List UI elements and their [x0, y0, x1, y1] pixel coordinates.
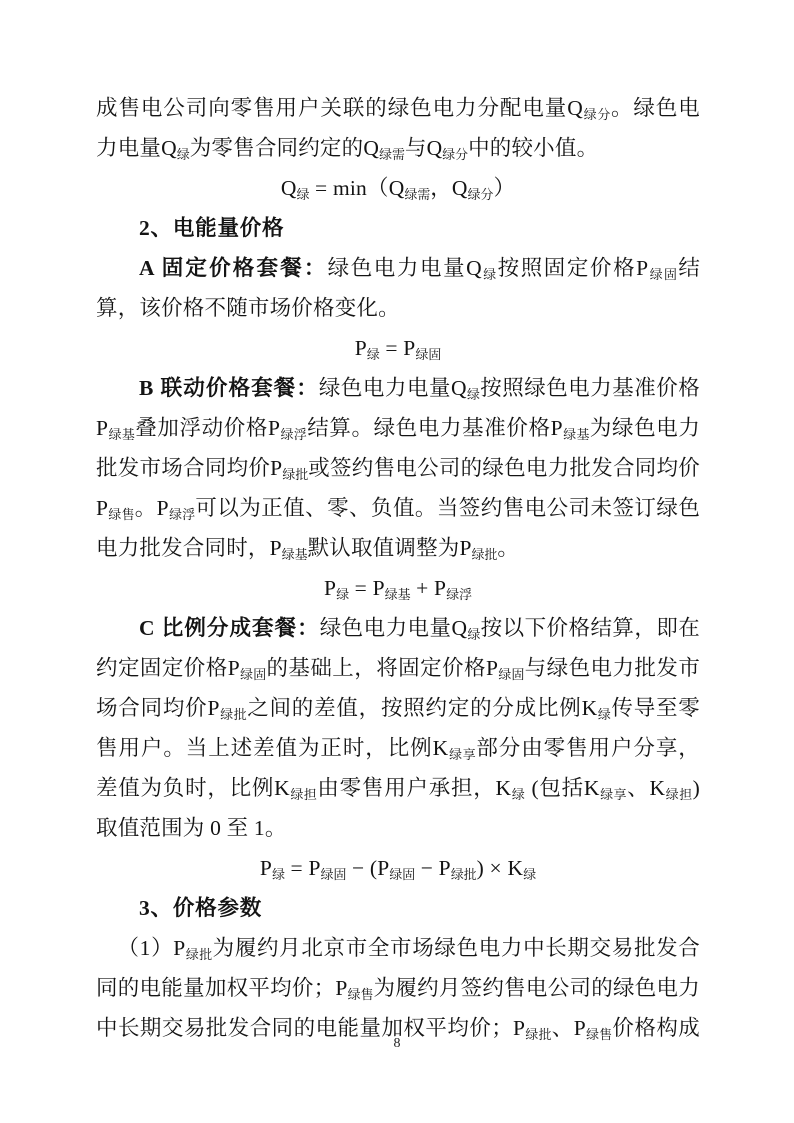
- math-variable: K绿: [507, 856, 536, 880]
- text-run: P绿 = P绿固 − (P绿固 − P绿批) × K绿: [260, 856, 536, 880]
- heading-3-price-parameters: 3、价格参数: [96, 888, 700, 928]
- math-subscript: 绿分: [468, 188, 494, 202]
- math-variable: P绿基: [96, 416, 135, 440]
- math-subscript: 绿享: [448, 748, 476, 762]
- math-variable: P绿: [260, 856, 285, 880]
- math-subscript: 绿: [467, 388, 481, 402]
- math-subscript: 绿: [523, 868, 536, 882]
- math-subscript: 绿基: [563, 428, 590, 442]
- math-variable: P绿固: [228, 656, 267, 680]
- math-variable: Q绿: [451, 616, 480, 640]
- math-subscript: 绿固: [321, 868, 347, 882]
- math-variable: Q绿分: [567, 96, 611, 120]
- bold-text-run: 2、电能量价格: [139, 216, 284, 240]
- math-variable: P绿: [324, 576, 349, 600]
- math-variable: Q绿: [466, 256, 497, 280]
- text-run: 成售电公司向零售用户关联的绿色电力分配电量Q绿分。绿色电力电量Q绿为零售合同约定…: [96, 96, 700, 160]
- math-variable: P绿浮: [157, 496, 196, 520]
- math-variable: P绿固: [403, 336, 441, 360]
- math-variable: P绿售: [96, 496, 135, 520]
- math-subscript: 绿担: [665, 788, 693, 802]
- math-variable: P绿浮: [434, 576, 472, 600]
- math-variable: P绿批: [459, 536, 497, 560]
- math-subscript: 绿: [597, 708, 611, 722]
- math-subscript: 绿: [272, 868, 285, 882]
- paragraph-green-power-allocation: 成售电公司向零售用户关联的绿色电力分配电量Q绿分。绿色电力电量Q绿为零售合同约定…: [96, 88, 700, 168]
- math-subscript: 绿需: [379, 148, 405, 162]
- math-variable: P绿固: [377, 856, 415, 880]
- math-subscript: 绿基: [385, 588, 411, 602]
- math-subscript: 绿: [297, 188, 310, 202]
- math-subscript: 绿批: [451, 868, 477, 882]
- formula-p-green-sharing: P绿 = P绿固 − (P绿固 − P绿批) × K绿: [96, 848, 700, 888]
- math-subscript: 绿: [482, 268, 498, 282]
- text-run: （1）P绿批为履约月北京市全市场绿色电力中长期交易批发合同的电能量加权平均价；P…: [96, 936, 700, 1040]
- math-variable: P绿基: [373, 576, 411, 600]
- math-variable: K绿: [582, 696, 612, 720]
- math-subscript: 绿: [336, 588, 349, 602]
- math-variable: P绿: [355, 336, 380, 360]
- math-subscript: 绿: [367, 348, 380, 362]
- math-subscript: 绿售: [348, 988, 374, 1002]
- math-variable: K绿享: [584, 776, 627, 800]
- document-content: 成售电公司向零售用户关联的绿色电力分配电量Q绿分。绿色电力电量Q绿为零售合同约定…: [96, 88, 700, 1048]
- math-subscript: 绿固: [648, 268, 678, 282]
- math-variable: P绿批: [207, 696, 247, 720]
- math-variable: P绿固: [308, 856, 346, 880]
- math-variable: P绿售: [335, 976, 373, 1000]
- document-page: 成售电公司向零售用户关联的绿色电力分配电量Q绿分。绿色电力电量Q绿为零售合同约定…: [0, 0, 794, 1123]
- math-variable: P绿固: [486, 656, 525, 680]
- math-subscript: 绿浮: [446, 588, 472, 602]
- text-run: 绿色电力电量Q绿按以下价格结算，即在约定固定价格P绿固的基础上，将固定价格P绿固…: [96, 616, 700, 840]
- math-subscript: 绿基: [282, 548, 308, 562]
- formula-p-green-fixed: P绿 = P绿固: [96, 328, 700, 368]
- math-subscript: 绿享: [600, 788, 628, 802]
- math-subscript: 绿: [177, 148, 190, 162]
- bold-text-run: B 联动价格套餐：: [139, 376, 319, 400]
- paragraph-price-parameter-1: （1）P绿批为履约月北京市全市场绿色电力中长期交易批发合同的电能量加权平均价；P…: [96, 928, 700, 1048]
- paragraph-package-b-linked-price: B 联动价格套餐：绿色电力电量Q绿按照绿色电力基准价格P绿基叠加浮动价格P绿浮结…: [96, 368, 700, 568]
- math-subscript: 绿批: [472, 548, 498, 562]
- math-subscript: 绿浮: [280, 428, 307, 442]
- paragraph-package-c-sharing-ratio: C 比例分成套餐：绿色电力电量Q绿按以下价格结算，即在约定固定价格P绿固的基础上…: [96, 608, 700, 848]
- math-subscript: 绿固: [240, 668, 267, 682]
- math-subscript: 绿基: [108, 428, 135, 442]
- paragraph-package-a-fixed-price: A 固定价格套餐：绿色电力电量Q绿按照固定价格P绿固结算，该价格不随市场价格变化…: [96, 248, 700, 328]
- text-run: P绿 = P绿固: [355, 336, 442, 360]
- math-subscript: 绿: [467, 628, 480, 642]
- math-variable: P绿基: [270, 536, 308, 560]
- text-run: Q绿 = min（Q绿需，Q绿分）: [281, 176, 515, 200]
- math-variable: P绿固: [636, 256, 678, 280]
- math-variable: Q绿分: [452, 176, 494, 200]
- math-subscript: 绿浮: [169, 508, 196, 522]
- heading-2-energy-price: 2、电能量价格: [96, 208, 700, 248]
- math-variable: P绿批: [439, 856, 477, 880]
- math-subscript: 绿担: [290, 788, 318, 802]
- math-subscript: 绿售: [108, 508, 135, 522]
- math-subscript: 绿需: [404, 188, 430, 202]
- math-variable: Q绿分: [427, 136, 469, 160]
- math-variable: K绿担: [649, 776, 692, 800]
- math-variable: P绿批: [173, 936, 212, 960]
- bold-text-run: C 比例分成套餐：: [139, 616, 320, 640]
- bold-text-run: A 固定价格套餐：: [139, 256, 328, 280]
- formula-p-green-base-plus-float: P绿 = P绿基 + P绿浮: [96, 568, 700, 608]
- math-variable: K绿享: [433, 736, 477, 760]
- math-subscript: 绿: [511, 788, 525, 802]
- math-variable: Q绿需: [363, 136, 405, 160]
- math-subscript: 绿固: [389, 868, 415, 882]
- text-run: P绿 = P绿基 + P绿浮: [324, 576, 472, 600]
- math-variable: K绿: [496, 776, 526, 800]
- math-variable: Q绿: [451, 376, 480, 400]
- bold-text-run: 3、价格参数: [139, 896, 262, 920]
- math-subscript: 绿批: [282, 468, 308, 482]
- math-subscript: 绿分: [442, 148, 468, 162]
- math-variable: P绿基: [551, 416, 590, 440]
- math-variable: P绿批: [270, 456, 308, 480]
- text-run: 绿色电力电量Q绿按照绿色电力基准价格P绿基叠加浮动价格P绿浮结算。绿色电力基准价…: [96, 376, 700, 560]
- math-subscript: 绿分: [583, 108, 611, 122]
- math-subscript: 绿固: [415, 348, 441, 362]
- math-subscript: 绿固: [498, 668, 525, 682]
- formula-q-green-min: Q绿 = min（Q绿需，Q绿分）: [96, 168, 700, 208]
- math-variable: Q绿: [161, 136, 190, 160]
- math-subscript: 绿批: [185, 948, 212, 962]
- math-variable: Q绿: [281, 176, 310, 200]
- math-variable: K绿担: [274, 776, 317, 800]
- math-variable: P绿浮: [268, 416, 307, 440]
- math-subscript: 绿批: [220, 708, 248, 722]
- page-number: 8: [0, 1036, 794, 1052]
- math-variable: Q绿需: [389, 176, 431, 200]
